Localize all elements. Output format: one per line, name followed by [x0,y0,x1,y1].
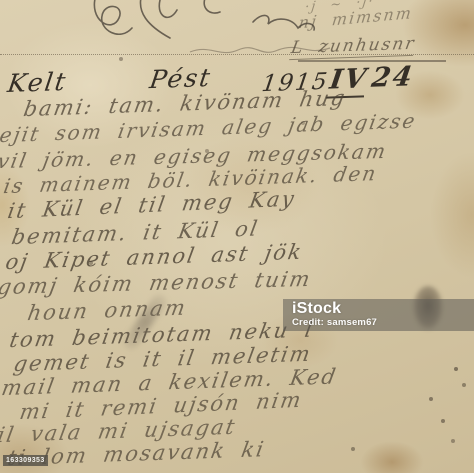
handwriting-line: L zunhusnr [289,34,417,60]
watermark-credit-text: Credit: samsem67 [292,317,474,328]
heading-place: Pést [148,63,214,94]
image-id-badge: 163309353 [3,455,48,466]
istock-logo: iStock [292,301,474,317]
heading-day: 24 [370,61,416,93]
ink-specks [0,0,2,2]
heading-kelt: Kelt [6,67,69,98]
stock-photo-old-handwritten-letter: Kelt Pést 1915 IV 24 ·j ~ ·j·nj mimsnmL … [0,0,474,473]
istock-watermark-bar: iStock Credit: samsem67 [283,299,474,331]
